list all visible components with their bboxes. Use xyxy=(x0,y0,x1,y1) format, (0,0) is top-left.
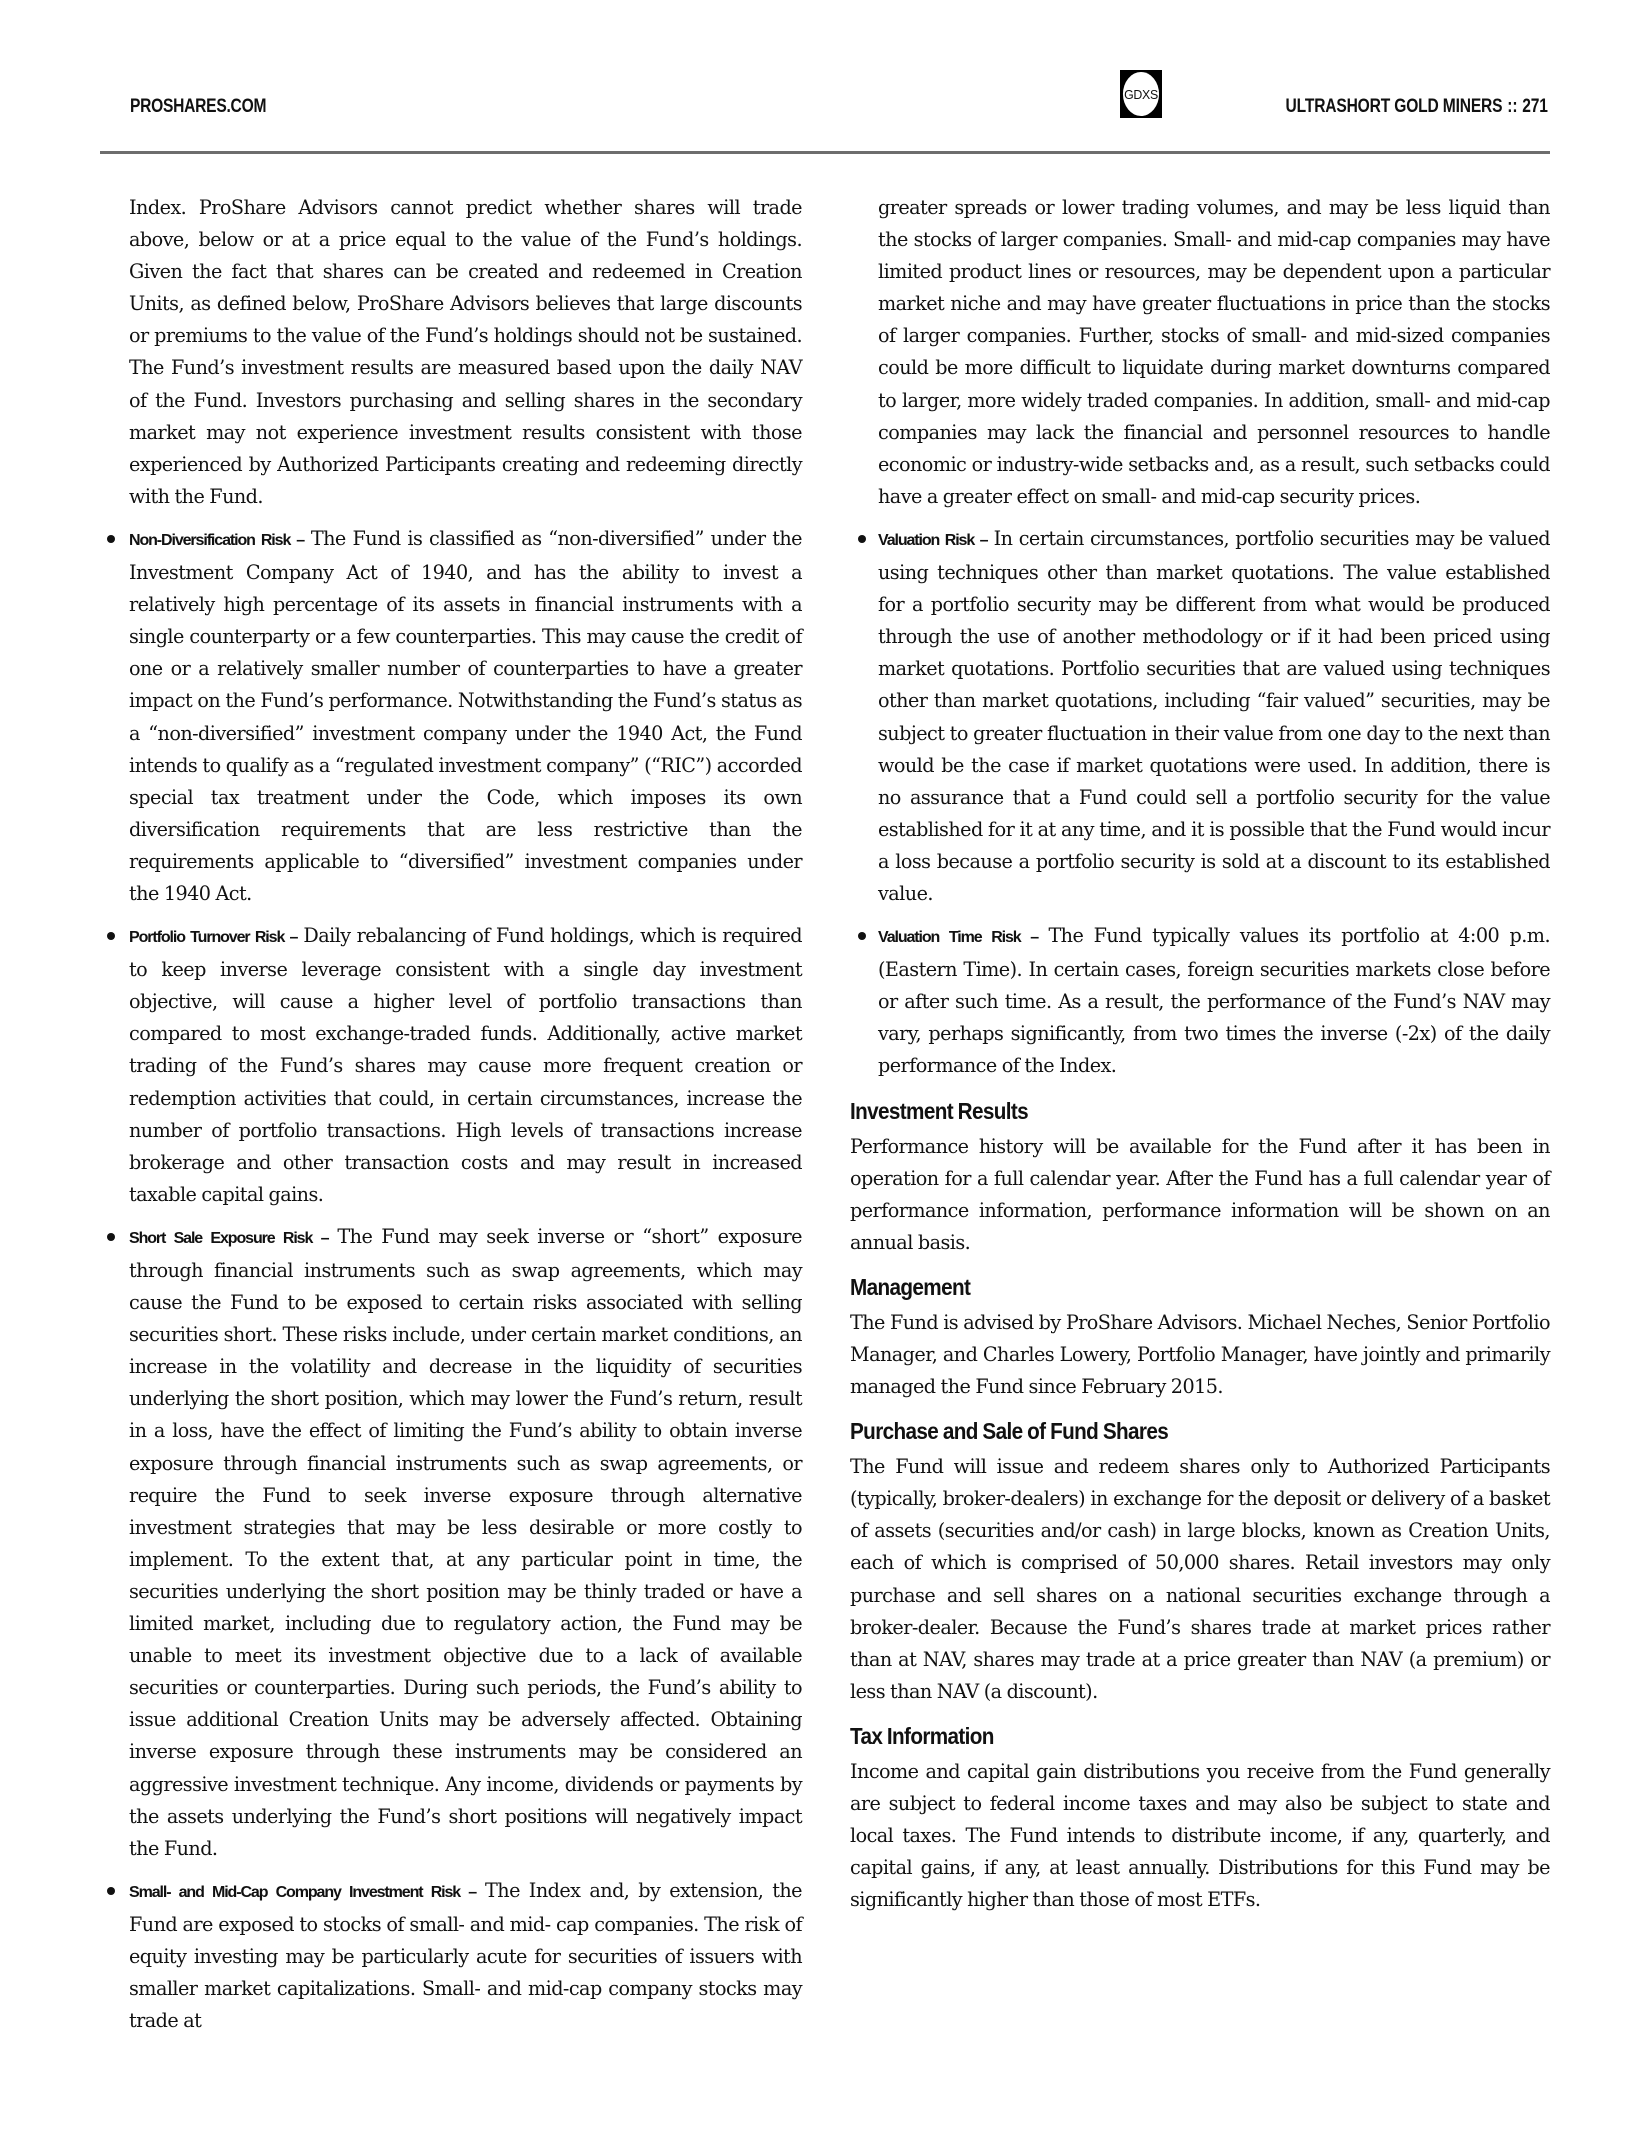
page-header: PROSHARES.COM GDXS ULTRASHORT GOLD MINER… xyxy=(100,88,1550,128)
ticker-badge-icon: GDXS xyxy=(1120,70,1162,118)
section-tax-information: Tax Information Income and capital gain … xyxy=(850,1720,1550,1916)
risk-text: The Fund typically values its portfolio … xyxy=(878,924,1550,1077)
risk-text: In certain circumstances, portfolio secu… xyxy=(878,527,1550,905)
bullet-icon xyxy=(107,535,115,543)
fund-name: ULTRASHORT GOLD MINERS xyxy=(1286,96,1503,117)
site-name: PROSHARES.COM xyxy=(130,96,266,118)
risk-item-valuation: Valuation Risk – In certain circumstance… xyxy=(850,523,1550,910)
section-investment-results: Investment Results Performance history w… xyxy=(850,1095,1550,1259)
bullet-icon xyxy=(107,1887,115,1895)
section-body: The Fund will issue and redeem shares on… xyxy=(850,1451,1550,1708)
risk-title: Non-Diversification Risk – xyxy=(129,532,304,549)
section-management: Management The Fund is advised by ProSha… xyxy=(850,1271,1550,1403)
risk-title: Small- and Mid-Cap Company Investment Ri… xyxy=(129,1884,476,1901)
risk-item-small-mid-cap: Small- and Mid-Cap Company Investment Ri… xyxy=(129,1875,802,2037)
risk-text: The Fund may seek inverse or “short” exp… xyxy=(129,1225,802,1860)
risk-item-non-diversification: Non-Diversification Risk – The Fund is c… xyxy=(129,523,802,910)
intro-paragraph: Index. ProShare Advisors cannot predict … xyxy=(129,192,802,513)
risk-item-short-sale-exposure: Short Sale Exposure Risk – The Fund may … xyxy=(129,1221,802,1865)
section-purchase-sale: Purchase and Sale of Fund Shares The Fun… xyxy=(850,1415,1550,1708)
risk-title: Valuation Time Risk – xyxy=(878,929,1038,946)
section-heading: Purchase and Sale of Fund Shares xyxy=(850,1415,1480,1447)
section-heading: Investment Results xyxy=(850,1095,1480,1127)
bullet-icon xyxy=(107,932,115,940)
bullet-icon xyxy=(858,932,866,940)
risk-item-portfolio-turnover: Portfolio Turnover Risk – Daily rebalanc… xyxy=(129,920,802,1211)
risk-title: Short Sale Exposure Risk – xyxy=(129,1230,328,1247)
left-column: Index. ProShare Advisors cannot predict … xyxy=(129,192,802,2037)
section-body: The Fund is advised by ProShare Advisors… xyxy=(850,1307,1550,1403)
continuation-paragraph: greater spreads or lower trading volumes… xyxy=(850,192,1550,513)
running-title: ULTRASHORT GOLD MINERS::271 xyxy=(1286,96,1548,118)
risk-title: Portfolio Turnover Risk – xyxy=(129,929,297,946)
right-column: greater spreads or lower trading volumes… xyxy=(850,192,1550,1916)
section-body: Performance history will be available fo… xyxy=(850,1131,1550,1259)
ticker-label: GDXS xyxy=(1123,72,1159,116)
risk-text: The Fund is classified as “non-diversifi… xyxy=(129,527,802,905)
risk-text: The Index and, by extension, the Fund ar… xyxy=(129,1879,802,2032)
bullet-icon xyxy=(858,535,866,543)
risk-title: Valuation Risk – xyxy=(878,532,987,549)
risk-item-valuation-time: Valuation Time Risk – The Fund typically… xyxy=(850,920,1550,1082)
section-body: Income and capital gain distributions yo… xyxy=(850,1756,1550,1916)
risk-text: Daily rebalancing of Fund holdings, whic… xyxy=(129,924,802,1206)
bullet-icon xyxy=(107,1233,115,1241)
title-separator: :: xyxy=(1508,96,1518,117)
section-heading: Tax Information xyxy=(850,1720,1480,1752)
header-rule xyxy=(100,151,1550,154)
section-heading: Management xyxy=(850,1271,1480,1303)
page-number: 271 xyxy=(1522,96,1548,117)
